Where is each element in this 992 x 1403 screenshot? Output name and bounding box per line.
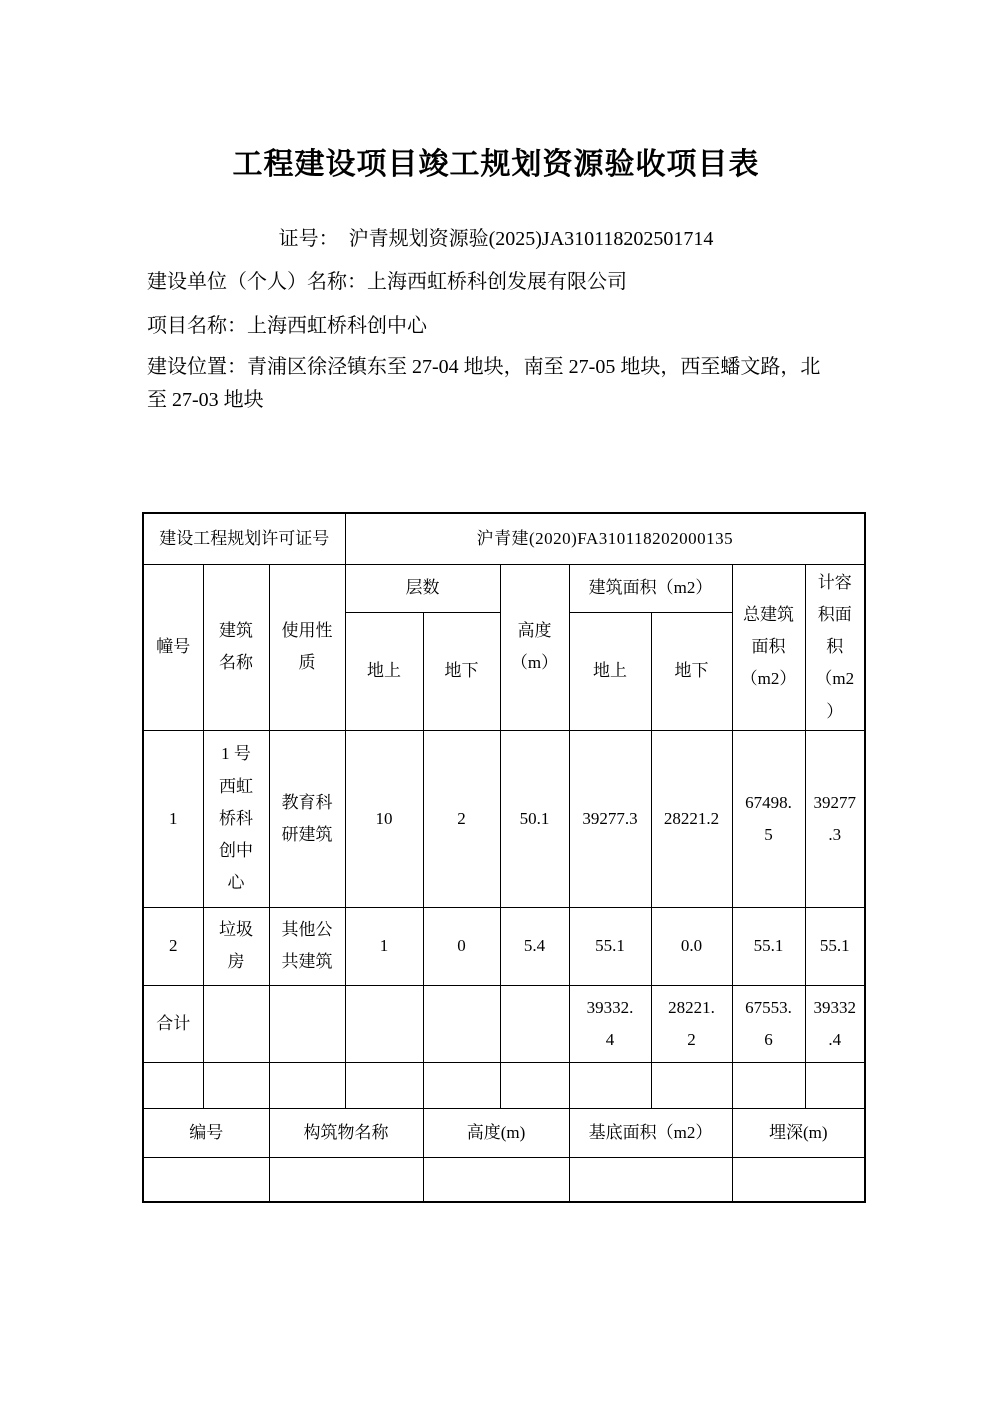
cell-r1-usage: 教育科 研建筑 xyxy=(269,730,345,907)
header-structure-name: 构筑物名称 xyxy=(269,1108,423,1157)
cell-r1-floors-below: 2 xyxy=(423,730,500,907)
empty-cell xyxy=(732,1062,805,1108)
empty-cell xyxy=(500,985,569,1062)
empty-cell xyxy=(345,985,423,1062)
header-area-above: 地上 xyxy=(569,612,651,730)
spare-building-row xyxy=(143,1062,865,1108)
builder-name-line: 建设单位（个人）名称：上海西虹桥科创发展有限公司 xyxy=(147,265,627,294)
cell-total-plot-area: 39332 .4 xyxy=(805,985,865,1062)
empty-cell xyxy=(569,1157,732,1202)
header-building-no: 幢号 xyxy=(143,564,203,730)
cell-r1-plot-area: 39277 .3 xyxy=(805,730,865,907)
header-floor-area-group: 建筑面积（m2） xyxy=(569,564,732,612)
header-floors-below: 地下 xyxy=(423,612,500,730)
permit-value-cell: 沪青建(2020)FA310118202000135 xyxy=(345,513,865,564)
header-total-area: 总建筑 面积 （m2） xyxy=(732,564,805,730)
cell-r2-no: 2 xyxy=(143,907,203,985)
header-structure-depth: 埋深(m) xyxy=(732,1108,865,1157)
cell-r2-area-below: 0.0 xyxy=(651,907,732,985)
cell-r1-area-above: 39277.3 xyxy=(569,730,651,907)
cell-r2-name: 垃圾 房 xyxy=(203,907,269,985)
cell-total-total-area: 67553. 6 xyxy=(732,985,805,1062)
empty-cell xyxy=(423,985,500,1062)
total-row: 合计 39332. 4 28221. 2 67553. 6 39332 .4 xyxy=(143,985,865,1062)
header-floors-group: 层数 xyxy=(345,564,500,612)
project-name-line: 项目名称：上海西虹桥科创中心 xyxy=(147,309,427,338)
empty-cell xyxy=(732,1157,865,1202)
empty-cell xyxy=(569,1062,651,1108)
document-page: 工程建设项目竣工规划资源验收项目表 证号： 沪青规划资源验(2025)JA310… xyxy=(0,0,992,1403)
header-row-upper: 幢号 建筑 名称 使用性 质 层数 高度 （m） 建筑面积（m2） 总建筑 面积… xyxy=(143,564,865,612)
empty-cell xyxy=(203,985,269,1062)
cell-r1-no: 1 xyxy=(143,730,203,907)
header-building-name: 建筑 名称 xyxy=(203,564,269,730)
header-usage: 使用性 质 xyxy=(269,564,345,730)
empty-cell xyxy=(805,1062,865,1108)
empty-cell xyxy=(143,1157,269,1202)
cell-total-label: 合计 xyxy=(143,985,203,1062)
cell-r2-usage: 其他公 共建筑 xyxy=(269,907,345,985)
construction-location-line: 建设位置：青浦区徐泾镇东至 27-04 地块，南至 27-05 地块，西至蟠文路… xyxy=(147,351,855,417)
cell-r2-floors-below: 0 xyxy=(423,907,500,985)
header-area-below: 地下 xyxy=(651,612,732,730)
empty-cell xyxy=(423,1157,569,1202)
empty-cell xyxy=(345,1062,423,1108)
empty-cell xyxy=(143,1062,203,1108)
empty-cell xyxy=(500,1062,569,1108)
building-row-2: 2 垃圾 房 其他公 共建筑 1 0 5.4 55.1 0.0 55.1 55.… xyxy=(143,907,865,985)
cell-r2-plot-area: 55.1 xyxy=(805,907,865,985)
structures-header-row: 编号 构筑物名称 高度(m) 基底面积（m2） 埋深(m) xyxy=(143,1108,865,1157)
empty-cell xyxy=(203,1062,269,1108)
cell-r2-floors-above: 1 xyxy=(345,907,423,985)
empty-cell xyxy=(269,1157,423,1202)
header-plot-ratio-area: 计容 积面 积 （m2 ） xyxy=(805,564,865,730)
header-height: 高度 （m） xyxy=(500,564,569,730)
header-structure-base-area: 基底面积（m2） xyxy=(569,1108,732,1157)
cell-r2-total-area: 55.1 xyxy=(732,907,805,985)
certificate-number-line: 证号： 沪青规划资源验(2025)JA310118202501714 xyxy=(0,222,992,251)
cell-total-area-above: 39332. 4 xyxy=(569,985,651,1062)
permit-row: 建设工程规划许可证号 沪青建(2020)FA310118202000135 xyxy=(143,513,865,564)
cell-r1-height: 50.1 xyxy=(500,730,569,907)
structures-empty-row xyxy=(143,1157,865,1202)
cell-r2-height: 5.4 xyxy=(500,907,569,985)
cell-r2-area-above: 55.1 xyxy=(569,907,651,985)
page-title: 工程建设项目竣工规划资源验收项目表 xyxy=(0,139,992,183)
header-floors-above: 地上 xyxy=(345,612,423,730)
cell-r1-area-below: 28221.2 xyxy=(651,730,732,907)
empty-cell xyxy=(423,1062,500,1108)
acceptance-table: 建设工程规划许可证号 沪青建(2020)FA310118202000135 幢号… xyxy=(142,512,866,1203)
cell-r1-floors-above: 10 xyxy=(345,730,423,907)
empty-cell xyxy=(269,1062,345,1108)
cell-r1-name: 1 号 西虹 桥科 创中 心 xyxy=(203,730,269,907)
cell-r1-total-area: 67498. 5 xyxy=(732,730,805,907)
header-structure-height: 高度(m) xyxy=(423,1108,569,1157)
building-row-1: 1 1 号 西虹 桥科 创中 心 教育科 研建筑 10 2 50.1 39277… xyxy=(143,730,865,907)
empty-cell xyxy=(651,1062,732,1108)
permit-label-cell: 建设工程规划许可证号 xyxy=(143,513,345,564)
header-structure-no: 编号 xyxy=(143,1108,269,1157)
cell-total-area-below: 28221. 2 xyxy=(651,985,732,1062)
empty-cell xyxy=(269,985,345,1062)
